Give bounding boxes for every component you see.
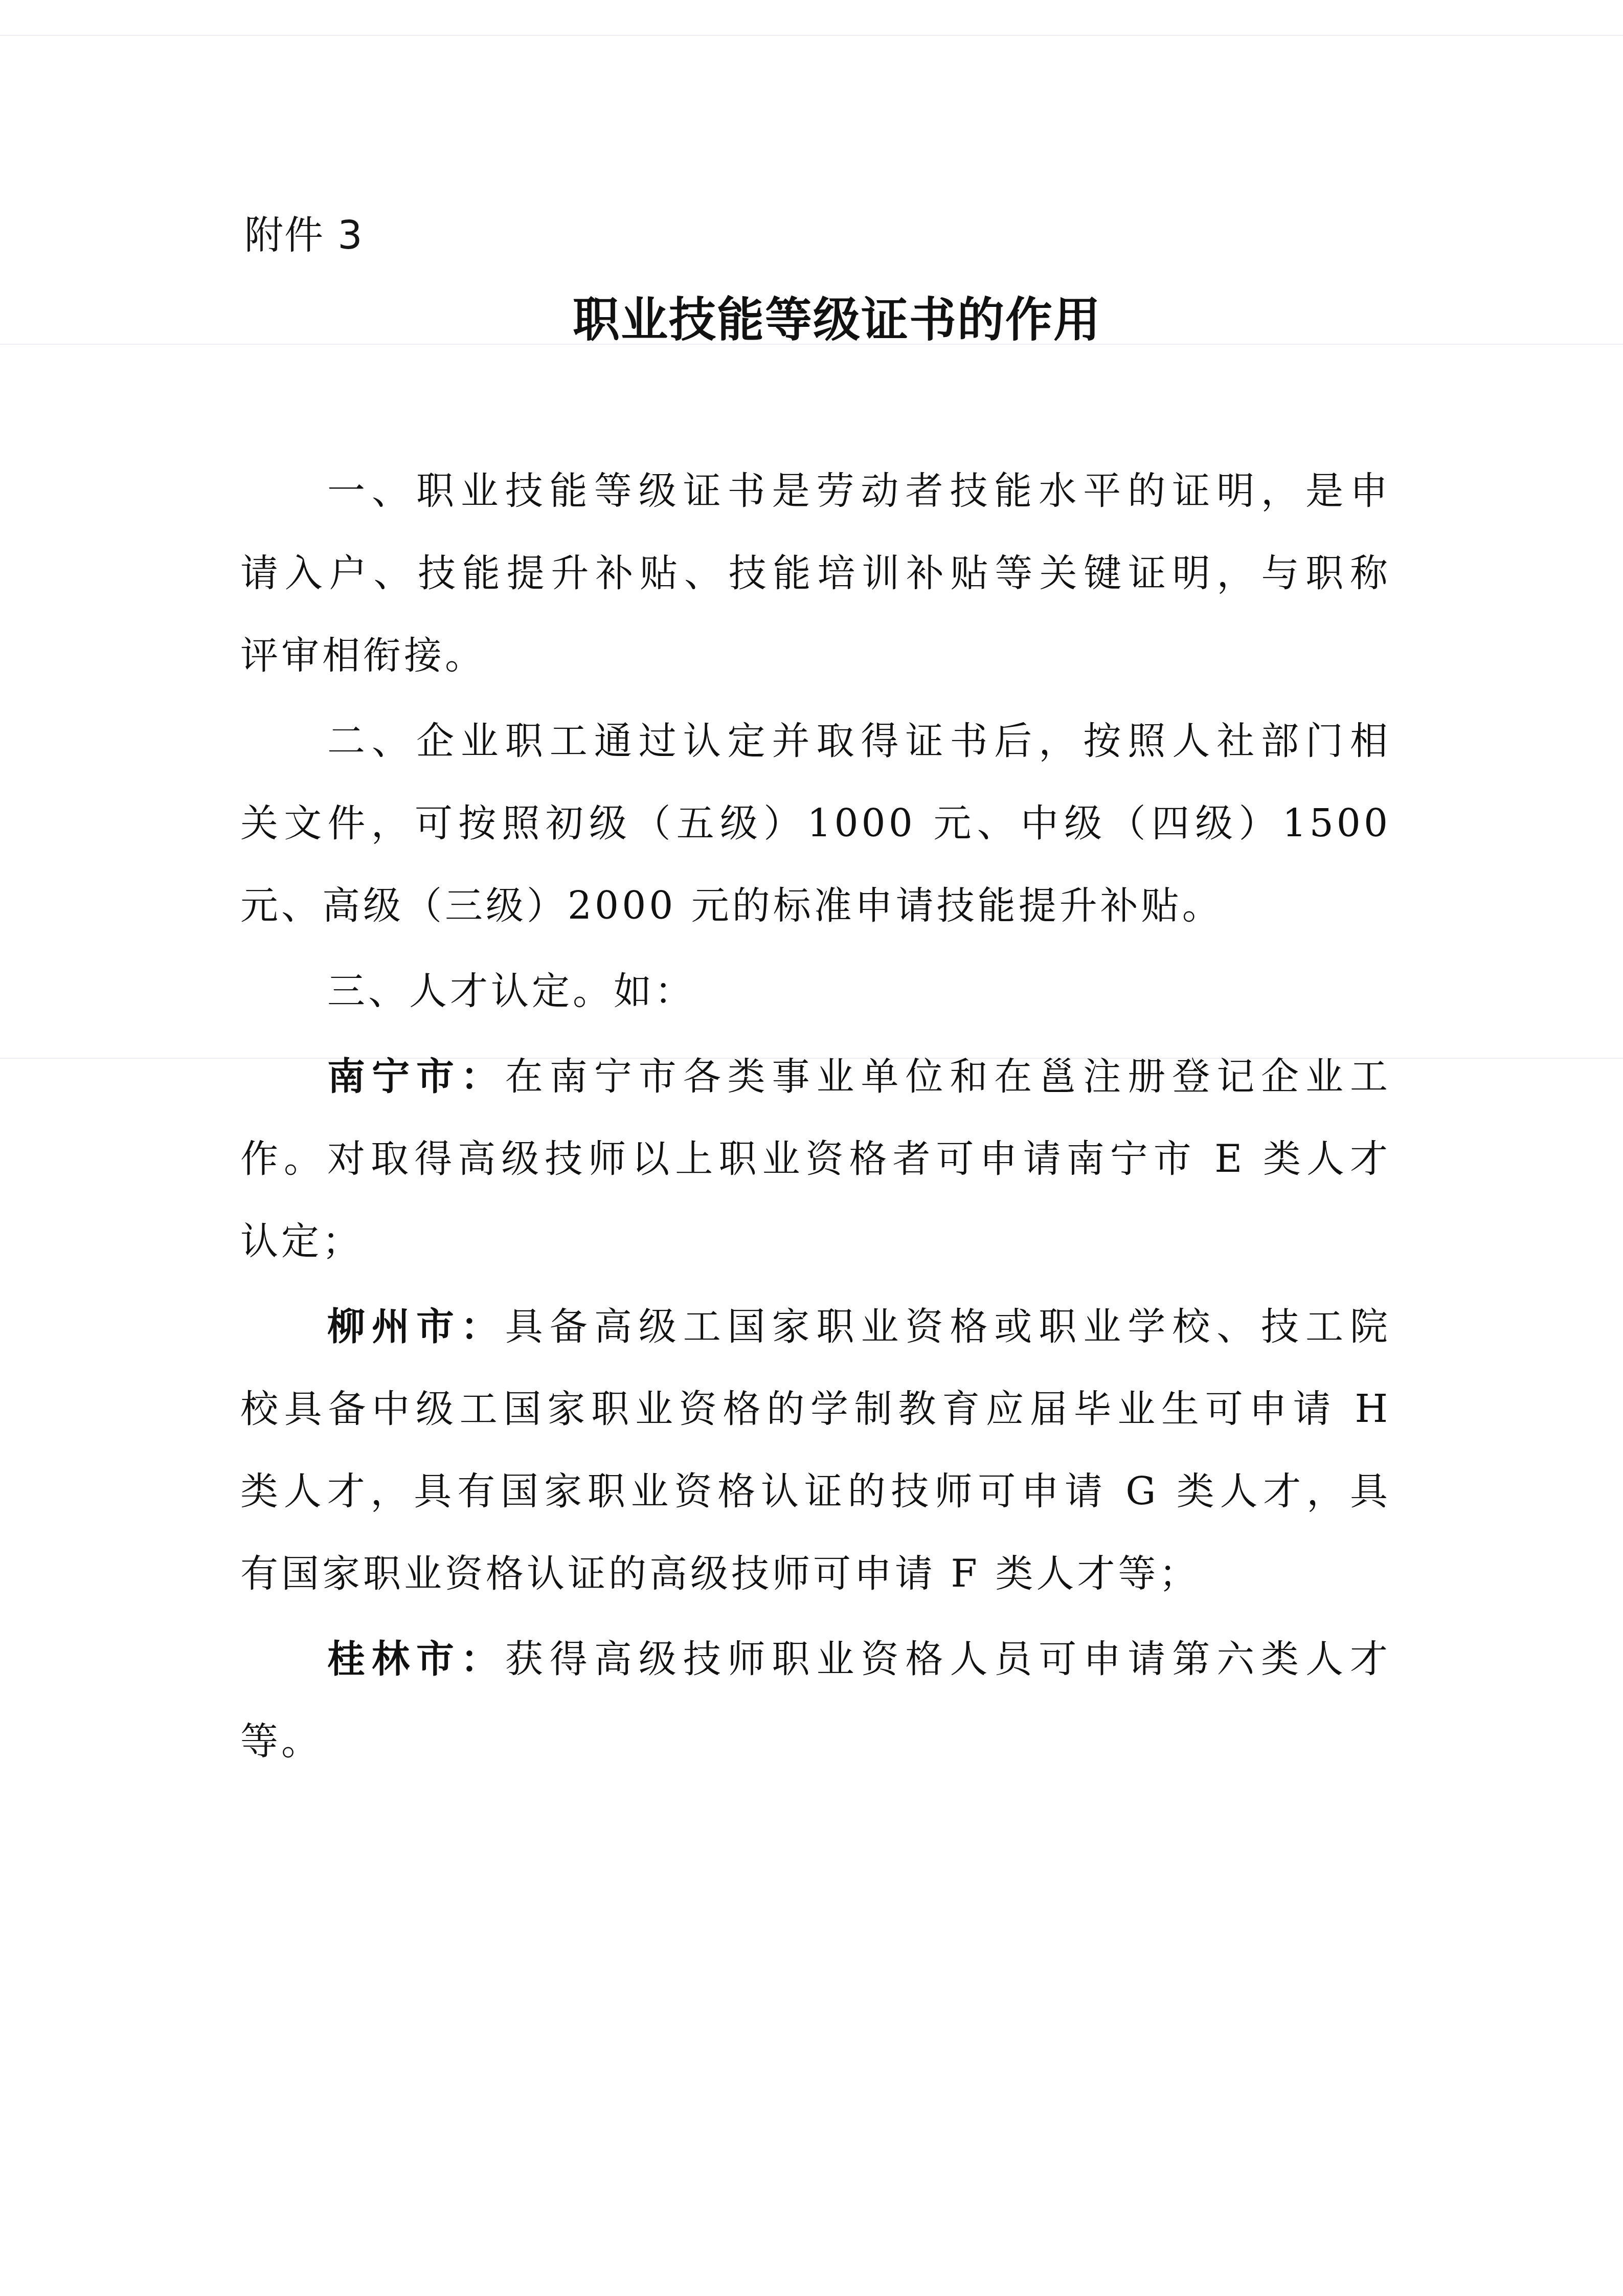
text-run: 获得高级技师职业资格人员可申请第六类人才 xyxy=(505,1637,1391,1681)
city-label-nanning: 南宁市： xyxy=(327,1055,505,1099)
text-run: 具备高级工国家职业资格或职业学校、技工院 xyxy=(505,1305,1391,1349)
text-line: 请入户、技能提升补贴、技能培训补贴等关键证明，与职称 xyxy=(240,543,1391,625)
paragraph-1: 一、职业技能等级证书是劳动者技能水平的证明，是申 请入户、技能提升补贴、技能培训… xyxy=(240,460,1391,707)
text-line: 关文件，可按照初级（五级）1000 元、中级（四级）1500 xyxy=(240,793,1391,875)
text-line: 三、人才认定。如： xyxy=(240,961,1391,1043)
text-line: 桂林市：获得高级技师职业资格人员可申请第六类人才 xyxy=(240,1629,1391,1711)
text-line: 柳州市：具备高级工国家职业资格或职业学校、技工院 xyxy=(240,1296,1391,1378)
text-run: 在南宁市各类事业单位和在邕注册登记企业工 xyxy=(505,1055,1391,1099)
text-line: 有国家职业资格认证的高级技师可申请 F 类人才等； xyxy=(240,1543,1391,1625)
paragraph-3: 三、人才认定。如： xyxy=(240,961,1391,1043)
city-label-guilin: 桂林市： xyxy=(327,1637,505,1681)
text-line: 校具备中级工国家职业资格的学制教育应届毕业生可申请 H xyxy=(240,1378,1391,1461)
attachment-label: 附件 3 xyxy=(244,210,364,261)
text-line: 作。对取得高级技师以上职业资格者可申请南宁市 E 类人才 xyxy=(240,1128,1391,1211)
scan-artifact-line xyxy=(0,35,1623,36)
paragraph-guilin: 桂林市：获得高级技师职业资格人员可申请第六类人才 等。 xyxy=(240,1629,1391,1793)
document-body: 一、职业技能等级证书是劳动者技能水平的证明，是申 请入户、技能提升补贴、技能培训… xyxy=(240,460,1391,1793)
paragraph-nanning: 南宁市：在南宁市各类事业单位和在邕注册登记企业工 作。对取得高级技师以上职业资格… xyxy=(240,1046,1391,1293)
text-line: 二、企业职工通过认定并取得证书后，按照人社部门相 xyxy=(240,710,1391,793)
text-line: 类人才，具有国家职业资格认证的技师可申请 G 类人才，具 xyxy=(240,1461,1391,1543)
text-line: 南宁市：在南宁市各类事业单位和在邕注册登记企业工 xyxy=(240,1046,1391,1128)
document-title: 职业技能等级证书的作用 xyxy=(0,289,1623,350)
paragraph-2: 二、企业职工通过认定并取得证书后，按照人社部门相 关文件，可按照初级（五级）10… xyxy=(240,710,1391,957)
text-line: 元、高级（三级）2000 元的标准申请技能提升补贴。 xyxy=(240,875,1391,957)
text-line: 一、职业技能等级证书是劳动者技能水平的证明，是申 xyxy=(240,460,1391,543)
text-line: 等。 xyxy=(240,1711,1391,1793)
paragraph-liuzhou: 柳州市：具备高级工国家职业资格或职业学校、技工院 校具备中级工国家职业资格的学制… xyxy=(240,1296,1391,1625)
text-line: 评审相衔接。 xyxy=(240,625,1391,707)
text-line: 认定； xyxy=(240,1211,1391,1293)
city-label-liuzhou: 柳州市： xyxy=(327,1305,505,1349)
